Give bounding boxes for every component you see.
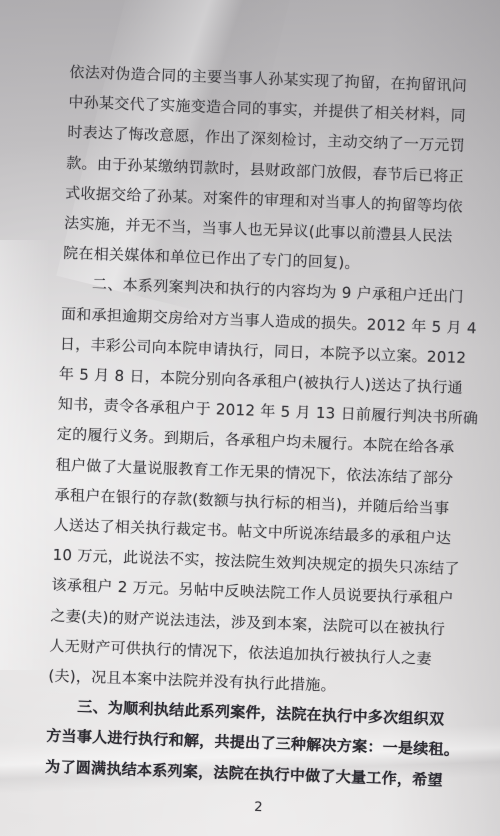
paper-crease-left [0,240,50,670]
document-text-block: 依法对伪造合同的主要当事人孙某实现了拘留，在拘留讯问中孙某交代了实施变造合同的事… [44,57,500,831]
document-lines: 依法对伪造合同的主要当事人孙某实现了拘留，在拘留讯问中孙某交代了实施变造合同的事… [45,57,500,796]
paragraph: 三、为顺利执结此系列案件，法院在执行中多次组织双方当事人进行执行和解，共提出了三… [45,691,478,797]
paragraph: 依法对伪造合同的主要当事人孙某实现了拘留，在拘留讯问中孙某交代了实施变造合同的事… [63,57,500,283]
photographed-paper: 依法对伪造合同的主要当事人孙某实现了拘留，在拘留讯问中孙某交代了实施变造合同的事… [0,0,500,836]
paragraph: 二、本系列案判决和执行的内容均为 9 户承租户迁出门面和承担逾期交房给对方当事人… [48,268,492,706]
